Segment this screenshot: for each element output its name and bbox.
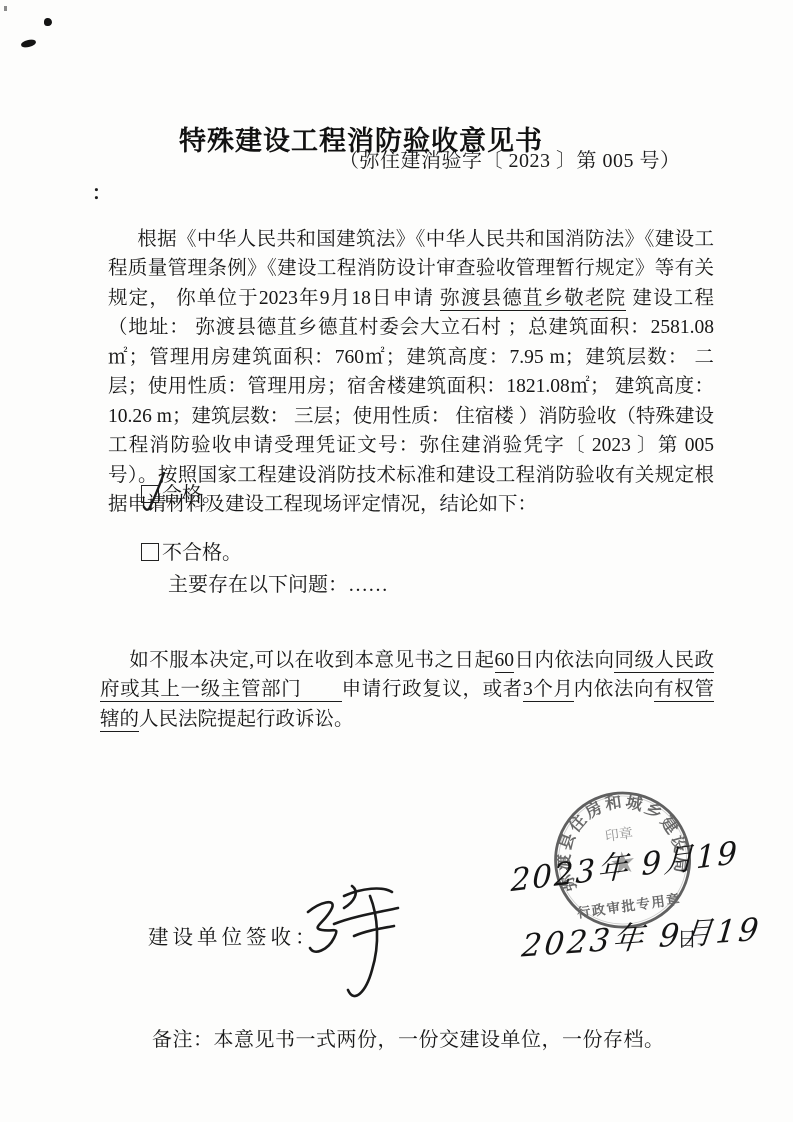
scan-artifact-mark: [44, 18, 52, 26]
project-name-underlined: 弥渡县德苴乡敬老院: [440, 288, 626, 311]
scanned-document-page: 特殊建设工程消防验收意见书 （弥住建消验字〔 2023 〕第 005 号） ： …: [0, 0, 793, 1122]
addressee-colon: ：: [92, 178, 111, 205]
document-number: （弥住建消验字〔 2023 〕第 005 号）: [339, 144, 681, 173]
footer-note: 备注：本意见书一式两份，一份交建设单位，一份存档。: [152, 1023, 665, 1052]
appeal-text: 内依法向: [574, 679, 655, 700]
appeal-text: 人民法院提起行政诉讼。: [139, 709, 354, 730]
qualified-checkbox[interactable]: [141, 485, 159, 503]
appeal-text: 日内依法向: [514, 650, 614, 671]
scan-artifact-mark: [20, 38, 36, 48]
appeal-text: 申请行政复议，或者: [342, 679, 523, 700]
appeal-text: 如不服本决定,可以在收到本意见书之日起: [129, 650, 494, 671]
main-body-paragraph: 根据《中华人民共和国建筑法》《中华人民共和国消防法》《建设工程质量管理条例》《建…: [108, 225, 714, 520]
conclusion-unqualified-row: 不合格。: [141, 536, 242, 565]
qualified-label: 合格。: [162, 484, 222, 506]
unqualified-checkbox[interactable]: [141, 543, 159, 561]
printed-day-character: 日: [677, 923, 697, 952]
scan-artifact-mark: [4, 6, 7, 11]
conclusion-qualified-row: 合格。: [141, 478, 222, 507]
unqualified-label: 不合格。: [162, 542, 242, 564]
signature-handwriting: [294, 878, 414, 1013]
problems-label: 主要存在以下问题：……: [168, 568, 388, 597]
appeal-paragraph: 如不服本决定,可以在收到本意见书之日起60日内依法向同级人民政府或其上一级主管部…: [100, 646, 714, 735]
appeal-months-underlined: 3个月: [523, 679, 574, 702]
appeal-days-underlined: 60: [495, 650, 515, 673]
